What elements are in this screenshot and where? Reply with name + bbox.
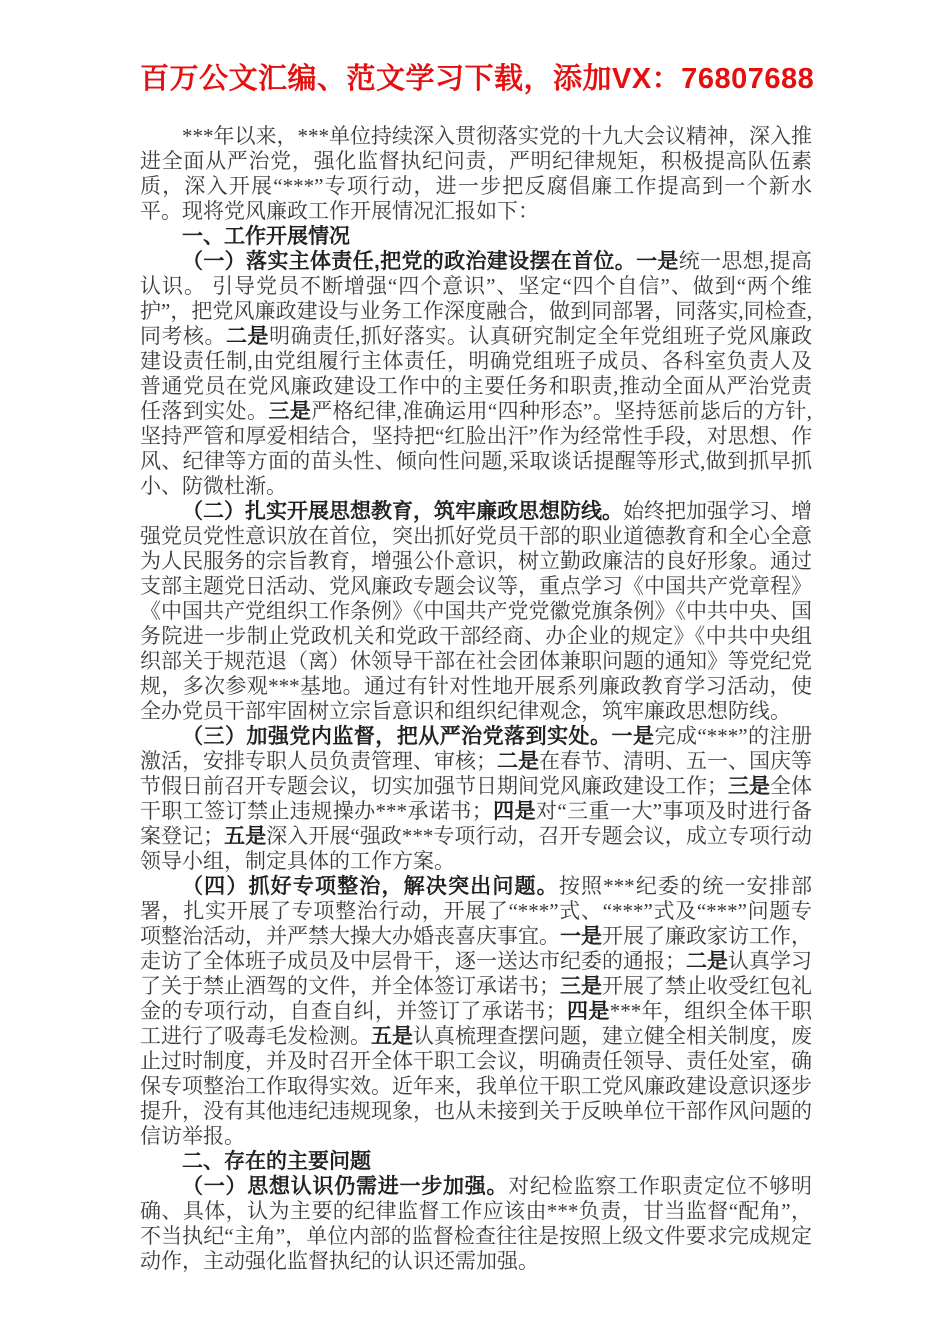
paragraph: （一）落实主体责任,把党的政治建设摆在首位。一是统一思想,提高认识。 引导党员不…: [140, 249, 812, 499]
promo-header-text: 百万公文汇编、范文学习下载，添加VX：76807688: [140, 62, 812, 96]
bold-text-run: 五是: [371, 1025, 413, 1048]
paragraph: ***年以来，***单位持续深入贯彻落实党的十九大会议精神，深入推进全面从严治党…: [140, 124, 812, 224]
section-heading: 二、存在的主要问题: [140, 1149, 812, 1174]
document-page: 百万公文汇编、范文学习下载，添加VX：76807688 ***年以来，***单位…: [0, 0, 950, 1344]
bold-text-run: 二、存在的主要问题: [182, 1150, 371, 1173]
bold-text-run: 五是: [224, 825, 266, 848]
bold-text-run: （三）加强党内监督，把从严治党落到实处。一是: [182, 725, 654, 748]
paragraph: （二）扎实开展思想教育，筑牢廉政思想防线。始终把加强学习、增强党员党性意识放在首…: [140, 499, 812, 724]
bold-text-run: 三是: [728, 775, 770, 798]
bold-text-run: 三是: [268, 400, 311, 423]
bold-text-run: 一是: [560, 925, 602, 948]
bold-text-run: （一）落实主体责任,把党的政治建设摆在首位。一是: [182, 250, 679, 273]
bold-text-run: 二是: [497, 750, 539, 773]
section-heading: 一、工作开展情况: [140, 224, 812, 249]
document-body: ***年以来，***单位持续深入贯彻落实党的十九大会议精神，深入推进全面从严治党…: [140, 124, 812, 1274]
bold-text-run: 四是: [493, 800, 536, 823]
bold-text-run: 四是: [567, 1000, 610, 1023]
paragraph: （三）加强党内监督，把从严治党落到实处。一是完成“***”的注册激活，安排专职人…: [140, 724, 812, 874]
paragraph: （四）抓好专项整治，解决突出问题。按照***纪委的统一安排部署，扎实开展了专项整…: [140, 874, 812, 1149]
bold-text-run: （四）抓好专项整治，解决突出问题。: [182, 875, 559, 898]
paragraph: （一）思想认识仍需进一步加强。对纪检监察工作职责定位不够明确、具体，认为主要的纪…: [140, 1174, 812, 1274]
text-run: ***年以来，***单位持续深入贯彻落实党的十九大会议精神，深入推进全面从严治党…: [140, 124, 812, 223]
bold-text-run: 一、工作开展情况: [182, 225, 350, 248]
bold-text-run: 二是: [686, 950, 728, 973]
bold-text-run: 二是: [226, 325, 269, 348]
bold-text-run: （一）思想认识仍需进一步加强。: [182, 1175, 508, 1198]
text-run: 始终把加强学习、增强党员党性意识放在首位，突出抓好党员干部的职业道德教育和全心全…: [140, 499, 812, 723]
bold-text-run: 三是: [560, 975, 602, 998]
bold-text-run: （二）扎实开展思想教育，筑牢廉政思想防线。: [182, 500, 623, 523]
